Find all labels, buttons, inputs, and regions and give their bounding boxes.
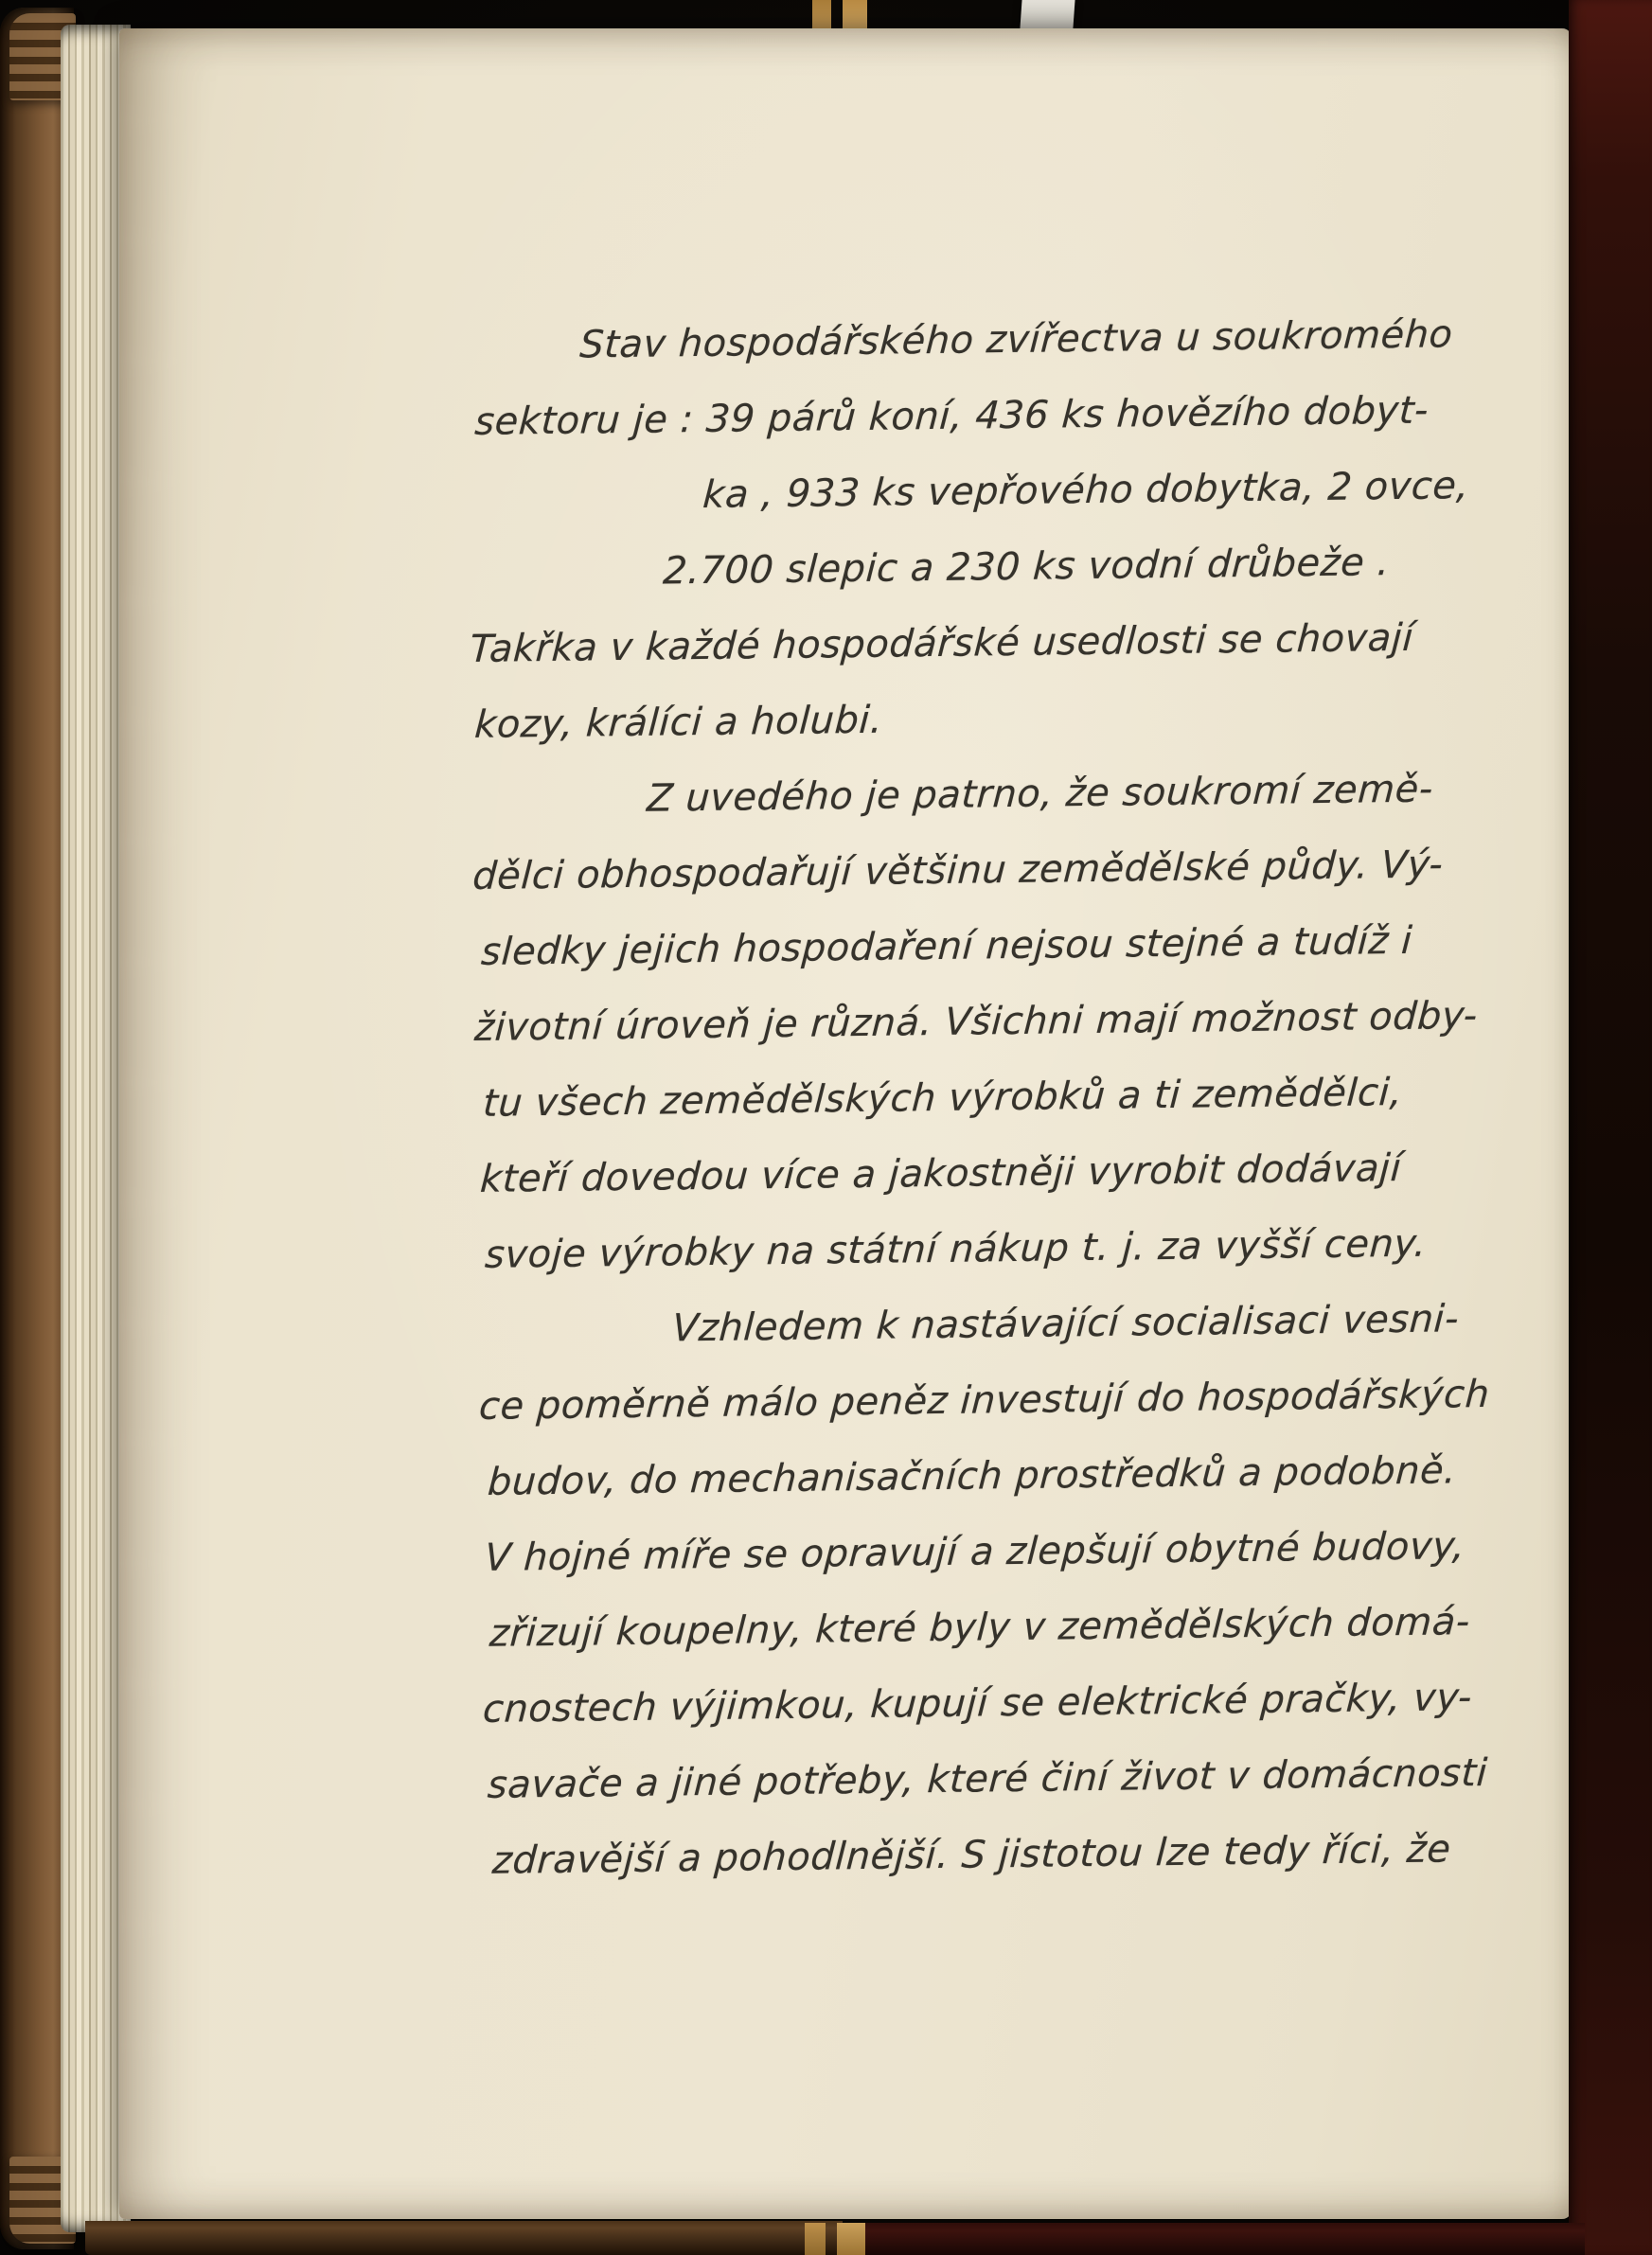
- manuscript-line: životní úroveň je různá. Všichni mají mo…: [472, 978, 1481, 1066]
- manuscript-line: tu všech zemědělských výrobků a ti zeměd…: [473, 1054, 1482, 1142]
- gold-band-bottom-1: [805, 2223, 826, 2255]
- manuscript-line: 2.700 slepic a 230 ks vodní drůbeže .: [467, 524, 1475, 612]
- manuscript-line: Takřka v každé hospodářské usedlosti se …: [468, 599, 1476, 687]
- maroon-bottom-edge: [865, 2223, 1585, 2255]
- manuscript-page: Stav hospodářského zvířectva u soukroméh…: [119, 28, 1572, 2219]
- manuscript-line: V hojné míře se opravují a zlepšují obyt…: [479, 1508, 1487, 1596]
- gold-band-top-2: [843, 0, 867, 28]
- manuscript-line: dělci obhospodařují většinu zemědělské p…: [471, 826, 1479, 914]
- gold-band-top-1: [812, 0, 831, 28]
- leather-bottom-edge: [85, 2221, 843, 2255]
- manuscript-line: zdravější a pohodlnější. S jistotou lze …: [483, 1811, 1491, 1899]
- manuscript-line: ce poměrně málo peněz investují do hospo…: [477, 1357, 1485, 1445]
- manuscript-line: svoje výrobky na státní nákup t. j. za v…: [475, 1205, 1483, 1293]
- gold-band-bottom-2: [837, 2223, 865, 2255]
- handwritten-text-block: Stav hospodářského zvířectva u soukroméh…: [466, 296, 1488, 1899]
- manuscript-line: sektoru je : 39 párů koní, 436 ks hovězí…: [465, 372, 1473, 460]
- manuscript-line: zřizují koupelny, které byly v zemědělsk…: [480, 1584, 1488, 1672]
- manuscript-line: Z uvedého je patrno, že soukromí země-: [470, 751, 1478, 839]
- manuscript-line: Stav hospodářského zvířectva u soukroméh…: [464, 296, 1472, 384]
- manuscript-line: Vzhledem k nastávající socialisaci vesni…: [476, 1281, 1484, 1369]
- book-cover-right-edge: [1569, 0, 1652, 2255]
- manuscript-line: cnostech výjimkou, kupují se elektrické …: [481, 1660, 1489, 1748]
- manuscript-line: kozy, králíci a holubi.: [469, 675, 1477, 763]
- manuscript-line: savače a jiné potřeby, které činí život …: [482, 1735, 1490, 1823]
- manuscript-line: ka , 933 ks vepřového dobytka, 2 ovce,: [466, 448, 1474, 536]
- manuscript-line: kteří dovedou více a jakostněji vyrobit …: [474, 1129, 1483, 1217]
- manuscript-line: sledky jejich hospodaření nejsou stejné …: [471, 902, 1480, 990]
- photo-background: Stav hospodářského zvířectva u soukroméh…: [0, 0, 1652, 2255]
- manuscript-line: budov, do mechanisačních prostředků a po…: [478, 1432, 1486, 1520]
